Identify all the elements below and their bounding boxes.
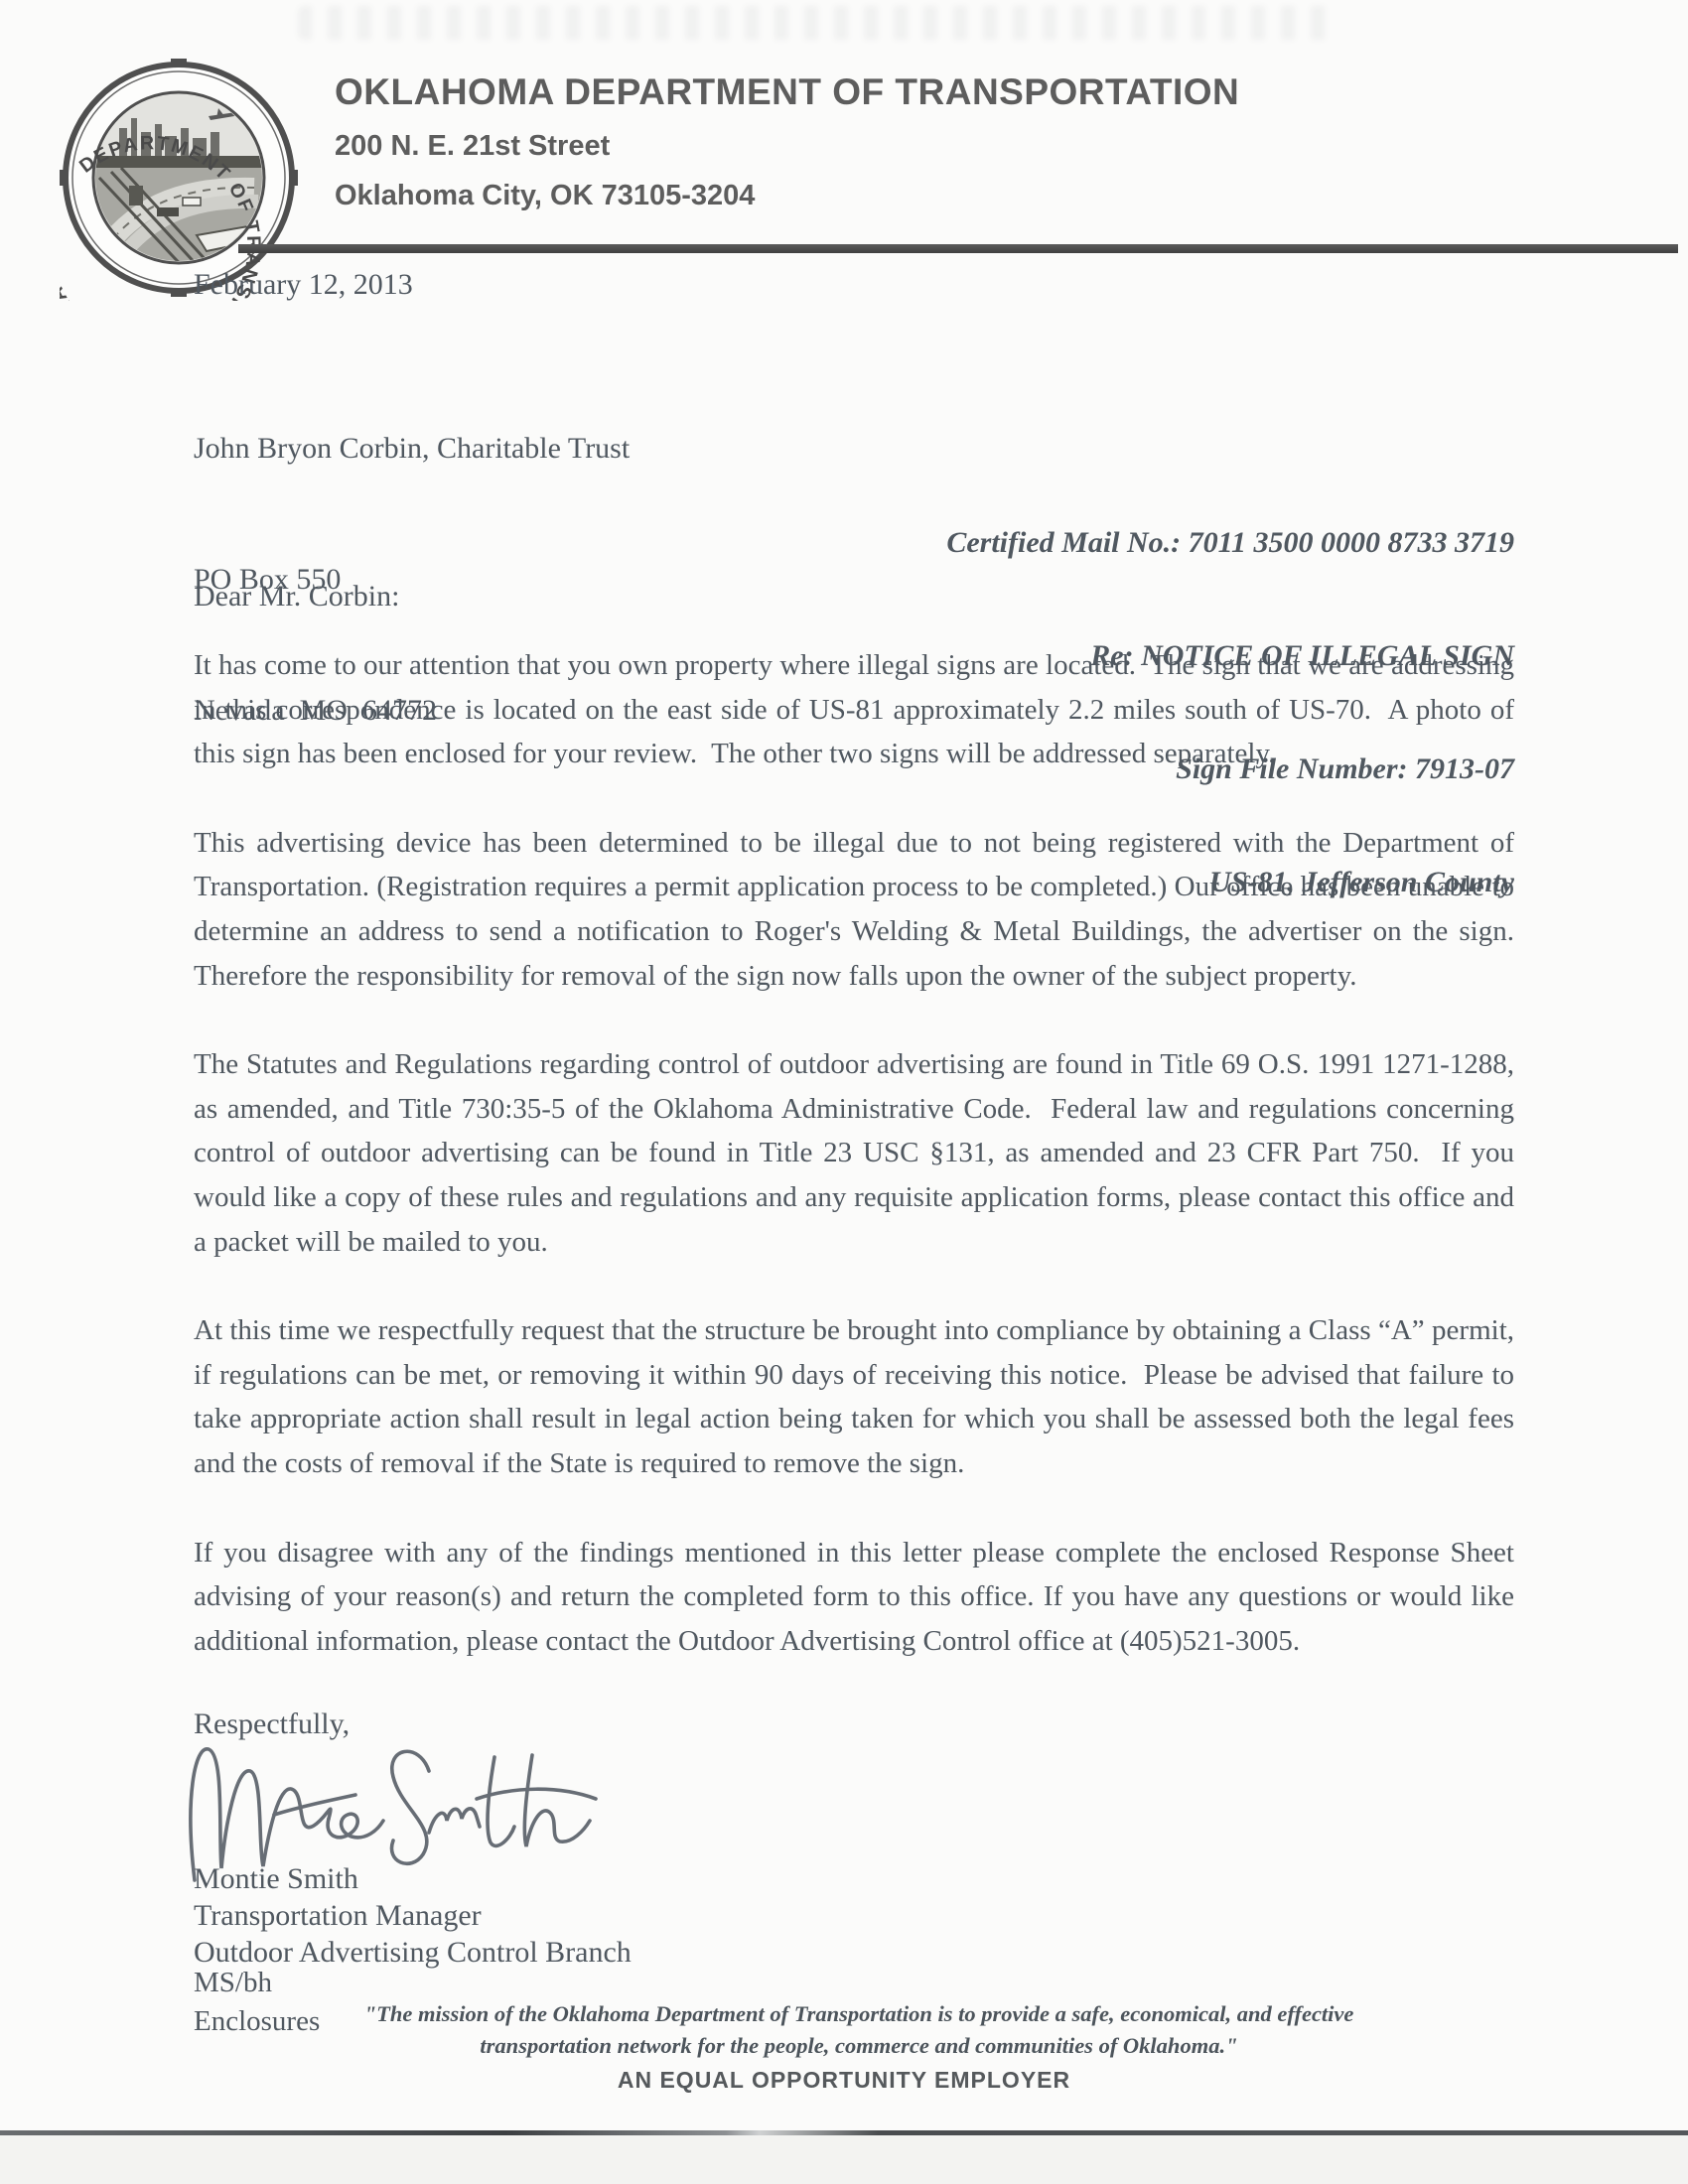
signer-block: Montie Smith Transportation Manager Outd… xyxy=(194,1860,632,1971)
eeo-statement: AN EQUAL OPPORTUNITY EMPLOYER xyxy=(0,2067,1688,2094)
odot-seal-icon: DEPARTMENT OF TRANSPORTATION - OKLAHOMA … xyxy=(60,55,298,301)
mission-statement: "The mission of the Oklahoma Department … xyxy=(328,1998,1390,2062)
paragraph: It has come to our attention that you ow… xyxy=(194,643,1514,776)
typist-initials: MS/bh xyxy=(194,1964,320,2002)
salutation: Dear Mr. Corbin: xyxy=(194,580,399,614)
agency-city: Oklahoma City, OK 73105-3204 xyxy=(335,180,1239,212)
paragraph: If you disagree with any of the findings… xyxy=(194,1531,1514,1664)
signer-title: Transportation Manager xyxy=(194,1897,632,1934)
paragraph: This advertising device has been determi… xyxy=(194,821,1514,998)
paragraph: At this time we respectfully request tha… xyxy=(194,1308,1514,1485)
letterhead-rule xyxy=(238,244,1678,253)
agency-name: OKLAHOMA DEPARTMENT OF TRANSPORTATION xyxy=(335,71,1239,113)
letterhead: OKLAHOMA DEPARTMENT OF TRANSPORTATION 20… xyxy=(335,71,1239,212)
scanner-background xyxy=(0,2135,1688,2184)
enclosures-note: Enclosures xyxy=(194,2002,320,2041)
scan-artifact xyxy=(298,6,1340,40)
certified-mail-number: Certified Mail No.: 7011 3500 0000 8733 … xyxy=(194,524,1514,562)
paragraph: The Statutes and Regulations regarding c… xyxy=(194,1042,1514,1264)
typist-enclosures: MS/bh Enclosures xyxy=(194,1964,320,2041)
letter-body: It has come to our attention that you ow… xyxy=(194,643,1514,1707)
letter-date: February 12, 2013 xyxy=(194,268,413,302)
agency-street: 200 N. E. 21st Street xyxy=(335,130,1239,163)
odot-seal-svg: DEPARTMENT OF TRANSPORTATION - OKLAHOMA … xyxy=(60,55,298,301)
signer-name: Montie Smith xyxy=(194,1860,632,1897)
